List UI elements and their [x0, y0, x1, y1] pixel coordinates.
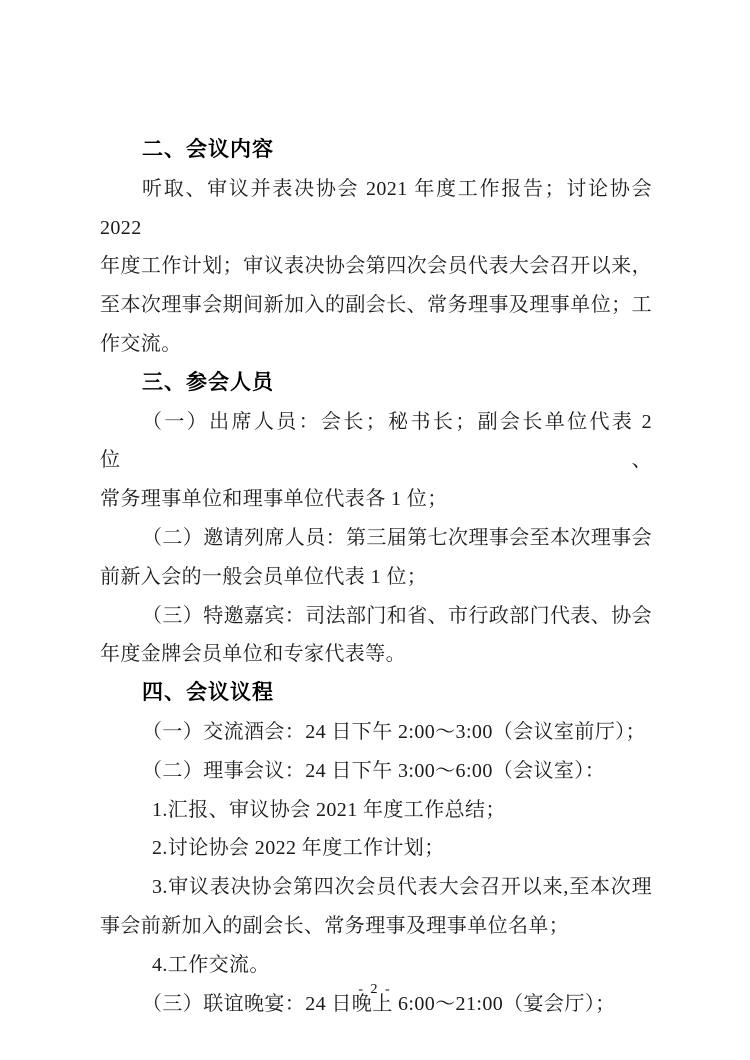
document-section: 二、会议内容听取、审议并表决协会 2021 年度工作报告；讨论协会 2022年度… [100, 131, 652, 364]
section-heading: 三、参会人员 [100, 364, 652, 403]
document-section: 三、参会人员（一）出席人员：会长；秘书长；副会长单位代表 2 位、常务理事单位和… [100, 364, 652, 674]
document-content: 二、会议内容听取、审议并表决协会 2021 年度工作报告；讨论协会 2022年度… [100, 131, 652, 1023]
document-line: 年度金牌会员单位和专家代表等。 [100, 635, 652, 674]
document-line: （二）邀请列席人员：第三届第七次理事会至本次理事会 [100, 519, 652, 558]
document-line: （一）出席人员：会长；秘书长；副会长单位代表 2 位、 [100, 403, 652, 481]
document-line: （一）交流酒会：24 日下午 2:00～3:00（会议室前厅）； [100, 713, 652, 752]
document-line: （三）特邀嘉宾：司法部门和省、市行政部门代表、协会 [100, 597, 652, 636]
document-line: 4.工作交流。 [100, 946, 652, 985]
document-section: 四、会议议程（一）交流酒会：24 日下午 2:00～3:00（会议室前厅）；（二… [100, 674, 652, 1023]
document-line: 前新入会的一般会员单位代表 1 位； [100, 558, 652, 597]
document-line: 1.汇报、审议协会 2021 年度工作总结； [100, 791, 652, 830]
page-footer: - 2 - [0, 982, 750, 998]
section-heading: 二、会议内容 [100, 131, 652, 170]
section-heading: 四、会议议程 [100, 674, 652, 713]
document-line: 至本次理事会期间新加入的副会长、常务理事及理事单位；工 [100, 286, 652, 325]
document-line: 听取、审议并表决协会 2021 年度工作报告；讨论协会 2022 [100, 170, 652, 248]
document-line: 常务理事单位和理事单位代表各 1 位； [100, 480, 652, 519]
document-page: 二、会议内容听取、审议并表决协会 2021 年度工作报告；讨论协会 2022年度… [0, 0, 750, 1060]
document-line: 作交流。 [100, 325, 652, 364]
document-line: 3.审议表决协会第四次会员代表大会召开以来,至本次理 [100, 868, 652, 907]
document-line: 2.讨论协会 2022 年度工作计划； [100, 829, 652, 868]
document-line: 年度工作计划；审议表决协会第四次会员代表大会召开以来， [100, 247, 652, 286]
page-number: - 2 - [358, 982, 391, 997]
document-line: （二）理事会议：24 日下午 3:00～6:00（会议室）： [100, 752, 652, 791]
document-line: 事会前新加入的副会长、常务理事及理事单位名单； [100, 907, 652, 946]
